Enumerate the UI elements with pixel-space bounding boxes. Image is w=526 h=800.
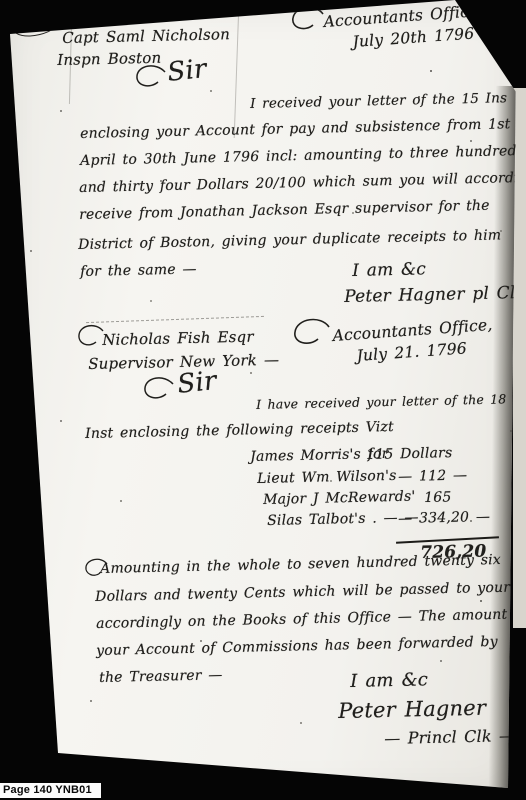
letter2-signature: Peter Hagner bbox=[338, 696, 486, 723]
letter2-dateline-office: Accountants Office, bbox=[332, 316, 493, 345]
scan-noise bbox=[0, 0, 2, 2]
letter2-body-line: Amounting in the whole to seven hundred … bbox=[100, 552, 501, 577]
letter2-body-line: your Account of Commissions has been for… bbox=[96, 634, 498, 659]
letter1-body-line: enclosing your Account for pay and subsi… bbox=[80, 116, 511, 142]
receipt-row-amount: — 334,20 — bbox=[398, 509, 490, 527]
letter1-valediction: I am &c bbox=[352, 259, 426, 281]
letter2-body-line: Dollars and twenty Cents which will be p… bbox=[95, 579, 526, 605]
page-right-shadow bbox=[488, 86, 515, 792]
letter1-body-line: April to 30th June 1796 incl: amounting … bbox=[80, 143, 517, 169]
flourish-swash-icon bbox=[142, 374, 176, 404]
receipt-row-name: Silas Talbot's . — — bbox=[267, 510, 419, 529]
letter1-opening-line: I received your letter of the 15 Ins bbox=[250, 90, 507, 112]
page-number: 145 bbox=[12, 12, 62, 36]
page-footer-text: Page 140 YNB01 bbox=[3, 784, 92, 796]
letter2-signature-title: — Princl Clk — bbox=[384, 726, 515, 748]
receipt-row-amount: 115 Dollars bbox=[366, 445, 453, 463]
receipt-row-name: Lieut Wm Wilson's bbox=[257, 468, 397, 487]
letter1-dateline-date: July 20th 1796 bbox=[352, 24, 475, 50]
receipt-row-amount: 165 bbox=[424, 489, 452, 506]
flourish-swash-icon bbox=[134, 62, 168, 92]
scanned-document: 145 Capt Saml Nicholson Inspn Boston Acc… bbox=[0, 0, 526, 800]
receipt-row-name: Major J McRewards' bbox=[263, 489, 416, 508]
letter1-recipient-name: Capt Saml Nicholson bbox=[62, 25, 230, 47]
letter2-salutation: Sir bbox=[176, 366, 218, 400]
letter1-body-line: and thirty four Dollars 20/100 which sum… bbox=[79, 169, 526, 196]
receipt-row-amount: — 112 — bbox=[398, 467, 467, 485]
letter1-body-line: District of Boston, giving your duplicat… bbox=[78, 227, 501, 253]
letter-separator-line bbox=[86, 316, 264, 323]
letter2-body-line: the Treasurer — bbox=[99, 667, 223, 686]
letter2-valediction: I am &c bbox=[350, 669, 428, 692]
letter1-body-line: receive from Jonathan Jackson Esqr super… bbox=[79, 198, 490, 223]
letter1-salutation: Sir bbox=[166, 54, 208, 88]
flourish-swash-icon bbox=[290, 6, 326, 34]
letter1-body-line: for the same — bbox=[80, 261, 197, 280]
letter2-inst-line: Inst enclosing the following receipts Vi… bbox=[85, 419, 394, 442]
page-footer-label: Page 140 YNB01 bbox=[0, 783, 101, 798]
letter-page: 145 Capt Saml Nicholson Inspn Boston Acc… bbox=[0, 0, 526, 800]
letter2-dateline-date: July 21. 1796 bbox=[356, 339, 467, 365]
letter1-signature: Peter Hagner pl Clk bbox=[344, 283, 526, 307]
letter2-body-line: accordingly on the Books of this Office … bbox=[96, 606, 526, 632]
paper-crease bbox=[234, 6, 240, 138]
page-number-circle: 145 bbox=[10, 7, 63, 41]
flourish-swash-icon bbox=[292, 318, 332, 350]
letter2-recipient-name: Nicholas Fish Esqr bbox=[102, 328, 254, 349]
letter2-opening-line: I have received your letter of the 18 bbox=[256, 391, 507, 412]
